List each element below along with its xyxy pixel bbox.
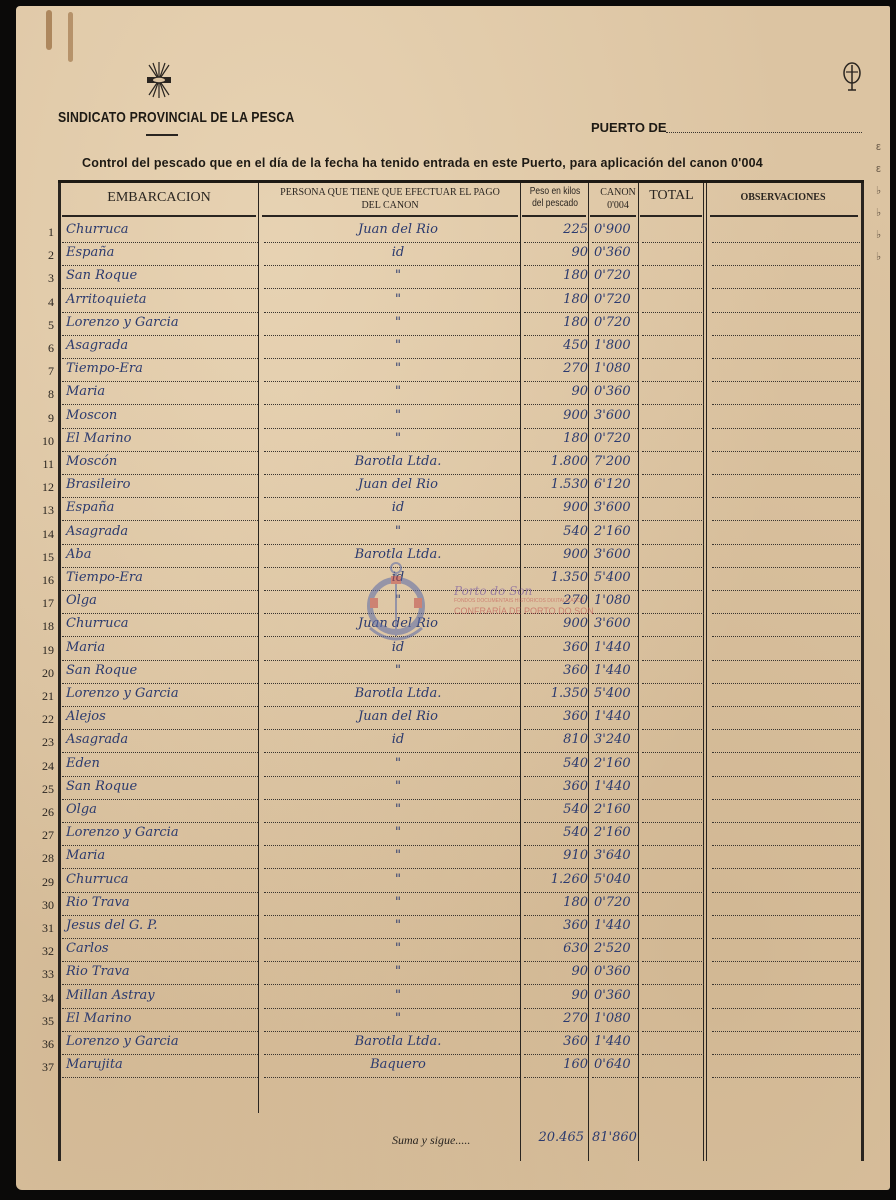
cell-persona[interactable]: id bbox=[268, 245, 528, 260]
cell-persona[interactable]: " bbox=[268, 408, 528, 423]
header-total: TOTAL bbox=[640, 188, 703, 204]
row-number: 28 bbox=[30, 851, 54, 866]
row-number: 6 bbox=[30, 341, 54, 356]
cell-canon[interactable]: 5'040 bbox=[590, 872, 656, 887]
header-underline bbox=[522, 215, 586, 217]
cell-canon[interactable]: 7'200 bbox=[590, 454, 656, 469]
cell-peso[interactable]: 90 bbox=[518, 384, 588, 399]
table-top-rule bbox=[58, 180, 864, 183]
stain bbox=[46, 10, 52, 50]
cell-peso[interactable]: 270 bbox=[518, 1011, 588, 1026]
cell-canon[interactable]: 0'360 bbox=[590, 964, 656, 979]
table-row: 1ChurrucaJuan del Rio2250'900 bbox=[38, 220, 864, 243]
cell-embarcacion[interactable]: Alejos bbox=[66, 709, 106, 724]
cell-embarcacion[interactable]: Lorenzo y Garcia bbox=[66, 686, 179, 701]
document-page: SINDICATO PROVINCIAL DE LA PESCA PUERTO … bbox=[16, 6, 890, 1190]
cell-persona[interactable]: " bbox=[268, 361, 528, 376]
cell-canon[interactable]: 0'720 bbox=[590, 895, 656, 910]
cell-embarcacion[interactable]: El Marino bbox=[66, 431, 131, 446]
row-number: 21 bbox=[30, 689, 54, 704]
header-underline bbox=[590, 215, 636, 217]
archive-stamp: Porto do Son FONDOS DOCUMENTAIS HISTÓRIC… bbox=[454, 586, 594, 616]
cell-embarcacion[interactable]: Arritoquieta bbox=[66, 292, 147, 307]
cell-peso[interactable]: 1.350 bbox=[518, 570, 588, 585]
cell-persona[interactable]: " bbox=[268, 292, 528, 307]
cell-persona[interactable]: Barotla Ltda. bbox=[268, 686, 528, 701]
row-number: 16 bbox=[30, 573, 54, 588]
cell-embarcacion[interactable]: Lorenzo y Garcia bbox=[66, 315, 179, 330]
cell-embarcacion[interactable]: Olga bbox=[66, 802, 97, 817]
cell-embarcacion[interactable]: Asagrada bbox=[66, 732, 128, 747]
cell-peso[interactable]: 160 bbox=[518, 1057, 588, 1072]
cell-canon[interactable]: 5'400 bbox=[590, 686, 656, 701]
header-persona: PERSONA QUE TIENE QUE EFECTUAR EL PAGO D… bbox=[270, 186, 510, 212]
table-row: 28Maria"9103'640 bbox=[38, 846, 864, 869]
cell-canon[interactable]: 2'160 bbox=[590, 802, 656, 817]
sum-peso-total: 20.465 bbox=[522, 1130, 584, 1145]
table-row: 29Churruca"1.2605'040 bbox=[38, 870, 864, 893]
shield-emblem-icon bbox=[842, 62, 862, 94]
cell-peso[interactable]: 90 bbox=[518, 988, 588, 1003]
cell-canon[interactable]: 1'080 bbox=[590, 1011, 656, 1026]
row-number: 3 bbox=[30, 271, 54, 286]
cell-embarcacion[interactable]: San Roque bbox=[66, 663, 137, 678]
cell-persona[interactable]: " bbox=[268, 802, 528, 817]
margin-mark: ♭ bbox=[876, 202, 881, 224]
row-number: 31 bbox=[30, 921, 54, 936]
cell-peso[interactable]: 1.800 bbox=[518, 454, 588, 469]
row-number: 36 bbox=[30, 1037, 54, 1052]
cell-canon[interactable]: 3'600 bbox=[590, 616, 656, 631]
cell-peso[interactable]: 900 bbox=[518, 616, 588, 631]
row-number: 18 bbox=[30, 619, 54, 634]
cell-persona[interactable]: " bbox=[268, 918, 528, 933]
table-row: 30Rio Trava"1800'720 bbox=[38, 893, 864, 916]
table-row: 3San Roque"1800'720 bbox=[38, 266, 864, 289]
row-number: 23 bbox=[30, 735, 54, 750]
cell-persona[interactable]: Barotla Ltda. bbox=[268, 454, 528, 469]
cell-canon[interactable]: 3'240 bbox=[590, 732, 656, 747]
cell-persona[interactable]: " bbox=[268, 779, 528, 794]
cell-embarcacion[interactable]: Tiempo-Era bbox=[66, 361, 143, 376]
cell-embarcacion[interactable]: Maria bbox=[66, 848, 105, 863]
cell-peso[interactable]: 180 bbox=[518, 895, 588, 910]
cell-embarcacion[interactable]: España bbox=[66, 245, 114, 260]
cell-persona[interactable]: " bbox=[268, 384, 528, 399]
cell-peso[interactable]: 900 bbox=[518, 500, 588, 515]
cell-canon[interactable]: 1'800 bbox=[590, 338, 656, 353]
row-dotted-line bbox=[592, 1077, 638, 1078]
cell-canon[interactable]: 0'360 bbox=[590, 245, 656, 260]
table-row: 19Mariaid3601'440 bbox=[38, 638, 864, 661]
cell-canon[interactable]: 1'080 bbox=[590, 593, 656, 608]
cell-persona[interactable]: " bbox=[268, 315, 528, 330]
table-row: 24Eden"5402'160 bbox=[38, 754, 864, 777]
table-row: 34Millan Astray"900'360 bbox=[38, 986, 864, 1009]
table-row: 23Asagradaid8103'240 bbox=[38, 730, 864, 753]
cell-canon[interactable]: 1'440 bbox=[590, 709, 656, 724]
cell-peso[interactable]: 90 bbox=[518, 964, 588, 979]
cell-persona[interactable]: " bbox=[268, 895, 528, 910]
cell-peso[interactable]: 180 bbox=[518, 431, 588, 446]
margin-mark: ♭ bbox=[876, 224, 881, 246]
cell-persona[interactable]: Juan del Rio bbox=[268, 222, 528, 237]
row-number: 5 bbox=[30, 318, 54, 333]
cell-embarcacion[interactable]: Marujita bbox=[66, 1057, 123, 1072]
organization-title: SINDICATO PROVINCIAL DE LA PESCA bbox=[58, 109, 294, 126]
fish-control-table: EMBARCACION PERSONA QUE TIENE QUE EFECTU… bbox=[58, 180, 862, 1160]
cell-peso[interactable]: 910 bbox=[518, 848, 588, 863]
cell-canon[interactable]: 2'160 bbox=[590, 825, 656, 840]
header-underline bbox=[262, 215, 518, 217]
row-number: 25 bbox=[30, 782, 54, 797]
table-row: 26Olga"5402'160 bbox=[38, 800, 864, 823]
cell-embarcacion[interactable]: Asagrada bbox=[66, 524, 128, 539]
cell-canon[interactable]: 6'120 bbox=[590, 477, 656, 492]
header-peso: Peso en kilos del pescado bbox=[527, 186, 583, 210]
cell-canon[interactable]: 1'080 bbox=[590, 361, 656, 376]
cell-persona[interactable]: id bbox=[268, 500, 528, 515]
cell-peso[interactable]: 360 bbox=[518, 779, 588, 794]
table-row: 22AlejosJuan del Rio3601'440 bbox=[38, 707, 864, 730]
table-row: 13Españaid9003'600 bbox=[38, 498, 864, 521]
cell-persona[interactable]: " bbox=[268, 964, 528, 979]
cell-peso[interactable]: 450 bbox=[518, 338, 588, 353]
cell-canon[interactable]: 0'720 bbox=[590, 431, 656, 446]
row-number: 29 bbox=[30, 875, 54, 890]
row-number: 24 bbox=[30, 759, 54, 774]
row-number: 34 bbox=[30, 991, 54, 1006]
yoke-and-arrows-icon bbox=[144, 60, 174, 100]
table-row: 27Lorenzo y Garcia"5402'160 bbox=[38, 823, 864, 846]
row-number: 2 bbox=[30, 248, 54, 263]
cell-canon[interactable]: 1'440 bbox=[590, 918, 656, 933]
cell-embarcacion[interactable]: Brasileiro bbox=[66, 477, 130, 492]
row-number: 7 bbox=[30, 364, 54, 379]
table-row: 11MoscónBarotla Ltda.1.8007'200 bbox=[38, 452, 864, 475]
row-number: 26 bbox=[30, 805, 54, 820]
cell-persona[interactable]: " bbox=[268, 1011, 528, 1026]
table-row: 20San Roque"3601'440 bbox=[38, 661, 864, 684]
port-label: PUERTO DE bbox=[591, 120, 667, 135]
table-row: 32Carlos"6302'520 bbox=[38, 939, 864, 962]
table-row: 37MarujitaBaquero1600'640 bbox=[38, 1055, 864, 1078]
cell-persona[interactable]: " bbox=[268, 848, 528, 863]
cell-canon[interactable]: 0'720 bbox=[590, 268, 656, 283]
cell-peso[interactable]: 540 bbox=[518, 756, 588, 771]
row-number: 9 bbox=[30, 411, 54, 426]
cell-embarcacion[interactable]: Churruca bbox=[66, 616, 129, 631]
stamp-line-2: CONFRARÍA DE PORTO DO SON bbox=[454, 606, 594, 616]
header-embarcacion: EMBARCACION bbox=[60, 190, 258, 206]
cell-embarcacion[interactable]: España bbox=[66, 500, 114, 515]
header-observaciones: OBSERVACIONES bbox=[708, 192, 858, 203]
cell-peso[interactable]: 180 bbox=[518, 292, 588, 307]
cell-embarcacion[interactable]: Millan Astray bbox=[66, 988, 155, 1003]
cell-persona[interactable]: " bbox=[268, 268, 528, 283]
cell-peso[interactable]: 540 bbox=[518, 825, 588, 840]
cell-peso[interactable]: 900 bbox=[518, 408, 588, 423]
cell-embarcacion[interactable]: Jesus del G. P. bbox=[66, 918, 158, 933]
form-subtitle: Control del pescado que en el día de la … bbox=[82, 156, 763, 170]
table-row: 9Moscon"9003'600 bbox=[38, 406, 864, 429]
cell-persona[interactable]: Juan del Rio bbox=[268, 477, 528, 492]
cell-canon[interactable]: 0'720 bbox=[590, 315, 656, 330]
row-number: 12 bbox=[30, 480, 54, 495]
table-row: 5Lorenzo y Garcia"1800'720 bbox=[38, 313, 864, 336]
header-underline bbox=[710, 215, 858, 217]
row-number: 32 bbox=[30, 944, 54, 959]
cell-peso[interactable]: 810 bbox=[518, 732, 588, 747]
cell-embarcacion[interactable]: Aba bbox=[66, 547, 91, 562]
cell-canon[interactable]: 5'400 bbox=[590, 570, 656, 585]
row-number: 15 bbox=[30, 550, 54, 565]
table-row: 31Jesus del G. P."3601'440 bbox=[38, 916, 864, 939]
cell-embarcacion[interactable]: San Roque bbox=[66, 779, 137, 794]
table-row: 6Asagrada"4501'800 bbox=[38, 336, 864, 359]
cell-peso[interactable]: 270 bbox=[518, 361, 588, 376]
cell-embarcacion[interactable]: Eden bbox=[66, 756, 100, 771]
cell-canon[interactable]: 3'600 bbox=[590, 547, 656, 562]
row-dotted-line bbox=[524, 1077, 588, 1078]
row-number: 8 bbox=[30, 387, 54, 402]
table-row: 15AbaBarotla Ltda.9003'600 bbox=[38, 545, 864, 568]
cell-canon[interactable]: 1'440 bbox=[590, 779, 656, 794]
cell-embarcacion[interactable]: San Roque bbox=[66, 268, 137, 283]
row-number: 4 bbox=[30, 295, 54, 310]
table-row: 16Tiempo-Eraid1.3505'400 bbox=[38, 568, 864, 591]
cell-persona[interactable]: " bbox=[268, 663, 528, 678]
cell-embarcacion[interactable]: Rio Trava bbox=[66, 964, 130, 979]
row-number: 35 bbox=[30, 1014, 54, 1029]
row-number: 33 bbox=[30, 967, 54, 982]
cell-embarcacion[interactable]: Olga bbox=[66, 593, 97, 608]
cell-peso[interactable]: 1.350 bbox=[518, 686, 588, 701]
table-row: 33Rio Trava"900'360 bbox=[38, 962, 864, 985]
cell-peso[interactable]: 180 bbox=[518, 268, 588, 283]
cell-embarcacion[interactable]: Maria bbox=[66, 640, 105, 655]
row-number: 22 bbox=[30, 712, 54, 727]
cell-canon[interactable]: 1'440 bbox=[590, 1034, 656, 1049]
cell-persona[interactable]: " bbox=[268, 431, 528, 446]
cell-embarcacion[interactable]: Maria bbox=[66, 384, 105, 399]
stamp-signature: Porto do Son bbox=[454, 586, 594, 596]
cell-embarcacion[interactable]: Churruca bbox=[66, 222, 129, 237]
table-row: 25San Roque"3601'440 bbox=[38, 777, 864, 800]
cell-canon[interactable]: 0'360 bbox=[590, 384, 656, 399]
margin-mark: ♭ bbox=[876, 180, 881, 202]
table-row: 4Arritoquieta"1800'720 bbox=[38, 290, 864, 313]
row-number: 30 bbox=[30, 898, 54, 913]
cell-embarcacion[interactable]: Tiempo-Era bbox=[66, 570, 143, 585]
cell-embarcacion[interactable]: Moscón bbox=[66, 454, 117, 469]
cell-persona[interactable]: " bbox=[268, 756, 528, 771]
cell-canon[interactable]: 2'520 bbox=[590, 941, 656, 956]
header-underline bbox=[640, 215, 702, 217]
row-number: 37 bbox=[30, 1060, 54, 1075]
cell-peso[interactable]: 360 bbox=[518, 1034, 588, 1049]
table-row: 7Tiempo-Era"2701'080 bbox=[38, 359, 864, 382]
cell-peso[interactable]: 540 bbox=[518, 802, 588, 817]
header-underline bbox=[62, 215, 256, 217]
cell-peso[interactable]: 900 bbox=[518, 547, 588, 562]
cell-persona[interactable]: " bbox=[268, 941, 528, 956]
cell-peso[interactable]: 360 bbox=[518, 709, 588, 724]
stamp-line-1: FONDOS DOCUMENTAIS HISTÓRICOS DIXITALIZA… bbox=[454, 596, 594, 606]
row-number: 27 bbox=[30, 828, 54, 843]
table-row: 35El Marino"2701'080 bbox=[38, 1009, 864, 1032]
cell-persona[interactable]: " bbox=[268, 988, 528, 1003]
row-number: 1 bbox=[30, 225, 54, 240]
cell-embarcacion[interactable]: Carlos bbox=[66, 941, 109, 956]
row-dotted-line bbox=[264, 1077, 520, 1078]
cell-canon[interactable]: 3'600 bbox=[590, 408, 656, 423]
table-row: 14Asagrada"5402'160 bbox=[38, 522, 864, 545]
cell-canon[interactable]: 1'440 bbox=[590, 640, 656, 655]
cell-canon[interactable]: 0'360 bbox=[590, 988, 656, 1003]
cell-embarcacion[interactable]: Rio Trava bbox=[66, 895, 130, 910]
table-row: 18ChurrucaJuan del Rio9003'600 bbox=[38, 614, 864, 637]
cell-peso[interactable]: 630 bbox=[518, 941, 588, 956]
cell-persona[interactable]: Juan del Rio bbox=[268, 709, 528, 724]
cell-peso[interactable]: 540 bbox=[518, 524, 588, 539]
row-number: 11 bbox=[30, 457, 54, 472]
cell-persona[interactable]: " bbox=[268, 825, 528, 840]
row-number: 10 bbox=[30, 434, 54, 449]
cell-peso[interactable]: 225 bbox=[518, 222, 588, 237]
cell-canon[interactable]: 1'440 bbox=[590, 663, 656, 678]
row-number: 17 bbox=[30, 596, 54, 611]
margin-marks: ε ε ♭ ♭ ♭ ♭ bbox=[876, 136, 881, 268]
table-row: 36Lorenzo y GarciaBarotla Ltda.3601'440 bbox=[38, 1032, 864, 1055]
table-row: 12BrasileiroJuan del Rio1.5306'120 bbox=[38, 475, 864, 498]
cell-embarcacion[interactable]: El Marino bbox=[66, 1011, 131, 1026]
cell-canon[interactable]: 3'600 bbox=[590, 500, 656, 515]
row-dotted-line bbox=[642, 1077, 704, 1078]
cell-embarcacion[interactable]: Asagrada bbox=[66, 338, 128, 353]
cell-persona[interactable]: " bbox=[268, 338, 528, 353]
cell-peso[interactable]: 1.260 bbox=[518, 872, 588, 887]
cell-embarcacion[interactable]: Moscon bbox=[66, 408, 117, 423]
margin-mark: ε bbox=[876, 136, 881, 158]
row-number: 19 bbox=[30, 643, 54, 658]
row-dotted-line bbox=[62, 1077, 258, 1078]
port-field[interactable] bbox=[666, 132, 862, 133]
cell-peso[interactable]: 1.530 bbox=[518, 477, 588, 492]
cell-embarcacion[interactable]: Churruca bbox=[66, 872, 129, 887]
row-number: 14 bbox=[30, 527, 54, 542]
cell-persona[interactable]: " bbox=[268, 872, 528, 887]
cell-canon[interactable]: 0'900 bbox=[590, 222, 656, 237]
cell-embarcacion[interactable]: Lorenzo y Garcia bbox=[66, 1034, 179, 1049]
margin-mark: ε bbox=[876, 158, 881, 180]
sum-label: Suma y sigue..... bbox=[392, 1133, 470, 1148]
cell-canon[interactable]: 3'640 bbox=[590, 848, 656, 863]
cell-persona[interactable]: id bbox=[268, 732, 528, 747]
cell-peso[interactable]: 180 bbox=[518, 315, 588, 330]
cell-peso[interactable]: 90 bbox=[518, 245, 588, 260]
table-row: 10El Marino"1800'720 bbox=[38, 429, 864, 452]
header-canon: CANON 0'004 bbox=[598, 186, 638, 212]
sum-canon-total: 81'860 bbox=[592, 1130, 637, 1145]
table-row: 2Españaid900'360 bbox=[38, 243, 864, 266]
row-number: 20 bbox=[30, 666, 54, 681]
cell-canon[interactable]: 2'160 bbox=[590, 756, 656, 771]
margin-mark: ♭ bbox=[876, 246, 881, 268]
row-dotted-line bbox=[712, 1077, 860, 1078]
table-row: 17Olga"2701'080 bbox=[38, 591, 864, 614]
row-number: 13 bbox=[30, 503, 54, 518]
cell-persona[interactable]: " bbox=[268, 524, 528, 539]
cell-persona[interactable]: Baquero bbox=[268, 1057, 528, 1072]
title-divider bbox=[146, 134, 178, 136]
table-row: 8Maria"900'360 bbox=[38, 382, 864, 405]
cell-peso[interactable]: 360 bbox=[518, 663, 588, 678]
cell-peso[interactable]: 360 bbox=[518, 918, 588, 933]
cell-canon[interactable]: 0'640 bbox=[590, 1057, 656, 1072]
cell-persona[interactable]: Barotla Ltda. bbox=[268, 1034, 528, 1049]
cell-peso[interactable]: 360 bbox=[518, 640, 588, 655]
cell-canon[interactable]: 2'160 bbox=[590, 524, 656, 539]
stain bbox=[68, 12, 73, 62]
cell-canon[interactable]: 0'720 bbox=[590, 292, 656, 307]
anchor-lifebuoy-stamp-icon bbox=[364, 558, 428, 648]
cell-embarcacion[interactable]: Lorenzo y Garcia bbox=[66, 825, 179, 840]
table-row: 21Lorenzo y GarciaBarotla Ltda.1.3505'40… bbox=[38, 684, 864, 707]
